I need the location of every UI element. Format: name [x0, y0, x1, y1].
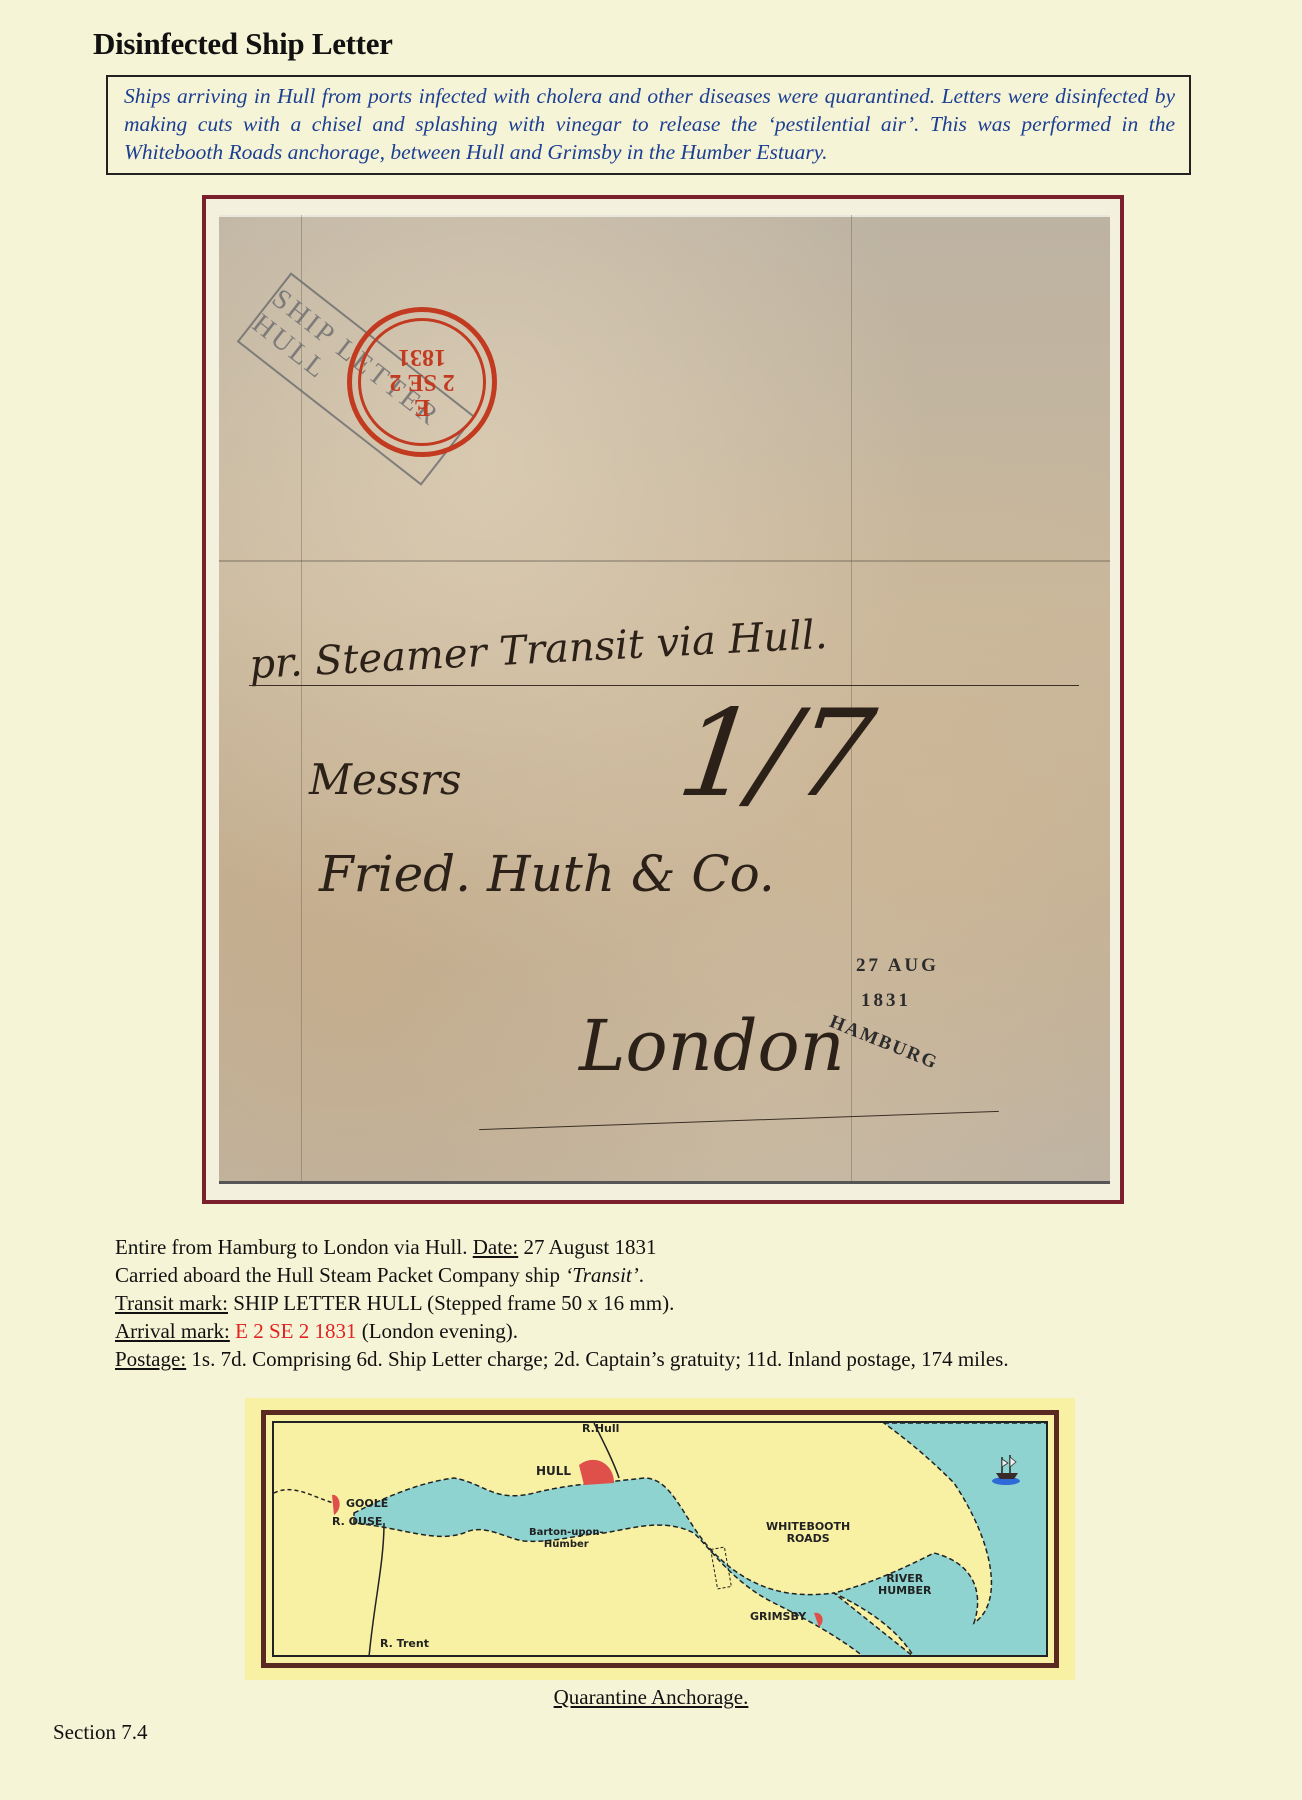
label: Date:: [473, 1235, 518, 1259]
value: SHIP LETTER HULL (Stepped frame 50 x 16 …: [228, 1291, 674, 1315]
hull-town: [579, 1460, 614, 1485]
manuscript-addressee-1: Messrs: [309, 755, 462, 804]
text: .: [639, 1263, 644, 1287]
description-line: Arrival mark: E 2 SE 2 1831 (London even…: [115, 1317, 1235, 1345]
map-border: R.Hull HULL GOOLE R. OUSE Barton-upon- H…: [261, 1410, 1059, 1668]
description-line: Transit mark: SHIP LETTER HULL (Stepped …: [115, 1289, 1235, 1317]
text: Carried aboard the Hull Steam Packet Com…: [115, 1263, 565, 1287]
map-label-r-ouse: R. OUSE: [332, 1516, 382, 1528]
stamp-date: 27 AUG: [856, 955, 939, 977]
stamp-year: 1831: [861, 990, 911, 1012]
map-caption: Quarantine Anchorage.: [0, 1685, 1302, 1710]
underline: [249, 685, 1079, 686]
intro-text: Ships arriving in Hull from ports infect…: [124, 82, 1175, 166]
map-label-grimsby: GRIMSBY: [750, 1611, 806, 1623]
stamp-line: 1831: [398, 345, 446, 370]
hamburg-datestamp: 27 AUG 1831 HAMBURG: [831, 920, 981, 1070]
text: Entire from Hamburg to London via Hull.: [115, 1235, 473, 1259]
ship-name: ‘Transit’: [565, 1263, 639, 1287]
goole-town: [332, 1495, 340, 1515]
label: Postage:: [115, 1347, 186, 1371]
fold-line: [219, 560, 1110, 562]
label: Transit mark:: [115, 1291, 228, 1315]
underline: [479, 1111, 999, 1130]
description-line: Carried aboard the Hull Steam Packet Com…: [115, 1261, 1235, 1289]
map-label-barton: Barton-upon- Humber: [529, 1527, 604, 1551]
value: (London evening).: [356, 1319, 518, 1343]
value: 1s. 7d. Comprising 6d. Ship Letter charg…: [186, 1347, 1008, 1371]
map-label-whitebooth-roads: WHITEBOOTH ROADS: [766, 1521, 850, 1545]
map-drawing: [274, 1423, 1048, 1657]
map-area: R.Hull HULL GOOLE R. OUSE Barton-upon- H…: [272, 1421, 1048, 1657]
stamp-line: 2 SE 2: [389, 370, 454, 395]
manuscript-city: London: [579, 1005, 845, 1087]
arrival-datestamp: E 2 SE 2 1831: [347, 307, 497, 457]
manuscript-route: pr. Steamer Transit via Hull.: [248, 612, 828, 688]
map-label-r-hull: R.Hull: [582, 1423, 619, 1435]
quarantine-map: R.Hull HULL GOOLE R. OUSE Barton-upon- H…: [245, 1398, 1075, 1680]
manuscript-addressee-2: Fried. Huth & Co.: [319, 845, 775, 903]
map-label-goole: GOOLE: [346, 1498, 388, 1510]
letter-frame: SHIP LETTER HULL E 2 SE 2 1831 pr. Steam…: [202, 195, 1124, 1204]
arrival-mark-value: E 2 SE 2 1831: [230, 1319, 357, 1343]
letter-image: SHIP LETTER HULL E 2 SE 2 1831 pr. Steam…: [219, 215, 1110, 1184]
map-label-r-trent: R. Trent: [380, 1638, 429, 1650]
description: Entire from Hamburg to London via Hull. …: [115, 1233, 1235, 1373]
stamp-line: E: [414, 395, 430, 420]
value: 27 August 1831: [518, 1235, 656, 1259]
label: Arrival mark:: [115, 1319, 230, 1343]
intro-box: Ships arriving in Hull from ports infect…: [106, 75, 1191, 175]
map-label-hull: HULL: [536, 1465, 571, 1477]
map-label-river-humber: RIVER HUMBER: [878, 1573, 931, 1597]
description-line: Postage: 1s. 7d. Comprising 6d. Ship Let…: [115, 1345, 1235, 1373]
description-line: Entire from Hamburg to London via Hull. …: [115, 1233, 1235, 1261]
page-title: Disinfected Ship Letter: [93, 26, 393, 62]
manuscript-rate: 1/7: [656, 685, 894, 824]
section-number: Section 7.4: [53, 1720, 148, 1745]
